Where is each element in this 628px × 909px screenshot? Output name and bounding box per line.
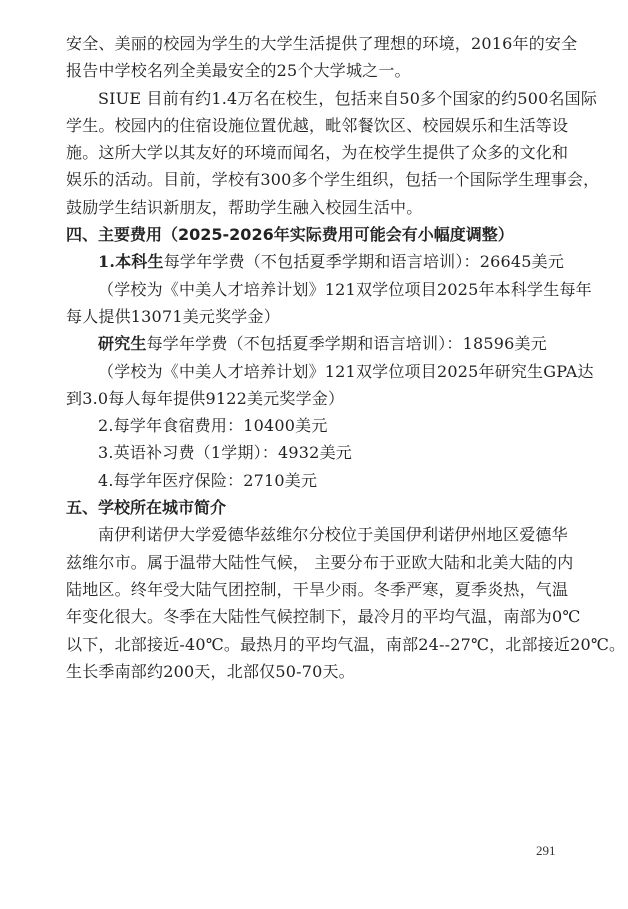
city-line-3: 陆地区。终年受大陆气团控制，干旱少雨。冬季严寒，夏季炎热，气温 (66, 576, 566, 603)
para2-line-1: SIUE 目前有约1.4万名在校生，包括来自50多个国家的约500名国际 (66, 85, 566, 112)
city-line-5: 以下，北部接近-40℃。最热月的平均气温，南部24--27℃，北部接近20℃。 (66, 631, 566, 658)
fee-item-housing: 2.每学年食宿费用：10400美元 (66, 412, 566, 439)
intro-line-1: 安全、美丽的校园为学生的大学生活提供了理想的环境，2016年的安全 (66, 30, 566, 57)
para2-line-3: 施。这所大学以其友好的环境而闻名，为在校学生提供了众多的文化和 (66, 139, 566, 166)
undergrad-text: 每学年学费（不包括夏季学期和语言培训）：26645美元 (164, 252, 564, 271)
grad-note-2: 到3.0每人每年提供9122美元奖学金） (66, 385, 566, 412)
intro-line-2: 报告中学校名列全美最安全的25个大学城之一。 (66, 57, 566, 84)
undergrad-fee: 1.本科生每学年学费（不包括夏季学期和语言培训）：26645美元 (66, 248, 566, 275)
undergrad-note-1: （学校为《中美人才培养计划》121双学位项目2025年本科学生每年 (66, 276, 566, 303)
fee-item-english: 3.英语补习费（1学期）：4932美元 (66, 439, 566, 466)
grad-text: 每学年学费（不包括夏季学期和语言培训）：18596美元 (147, 334, 547, 353)
para2-line-4: 娱乐的活动。目前，学校有300多个学生组织，包括一个国际学生理事会， (66, 166, 566, 193)
para2-line-2: 学生。校园内的住宿设施位置优越，毗邻餐饮区、校园娱乐和生活等设 (66, 112, 566, 139)
para2-line-5: 鼓励学生结识新朋友，帮助学生融入校园生活中。 (66, 194, 566, 221)
undergrad-note-2: 每人提供13071美元奖学金） (66, 303, 566, 330)
grad-fee: 研究生每学年学费（不包括夏季学期和语言培训）：18596美元 (66, 330, 566, 357)
city-line-2: 兹维尔市。属于温带大陆性气候， 主要分布于亚欧大陆和北美大陆的内 (66, 549, 566, 576)
city-line-6: 生长季南部约200天，北部仅50-70天。 (66, 658, 566, 685)
document-page: 安全、美丽的校园为学生的大学生活提供了理想的环境，2016年的安全 报告中学校名… (66, 30, 566, 685)
city-line-1: 南伊利诺伊大学爱德华兹维尔分校位于美国伊利诺伊州地区爱德华 (66, 521, 566, 548)
city-line-4: 年变化很大。冬季在大陆性气候控制下，最冷月的平均气温，南部为0℃ (66, 603, 566, 630)
undergrad-label: 1.本科生 (98, 252, 164, 271)
grad-label: 研究生 (98, 334, 147, 353)
page-number: 291 (536, 843, 556, 859)
grad-note-1: （学校为《中美人才培养计划》121双学位项目2025年研究生GPA达 (66, 358, 566, 385)
section5-heading: 五、学校所在城市简介 (66, 494, 566, 521)
section4-heading: 四、主要费用（2025-2026年实际费用可能会有小幅度调整） (66, 221, 566, 248)
fee-item-insurance: 4.每学年医疗保险：2710美元 (66, 467, 566, 494)
